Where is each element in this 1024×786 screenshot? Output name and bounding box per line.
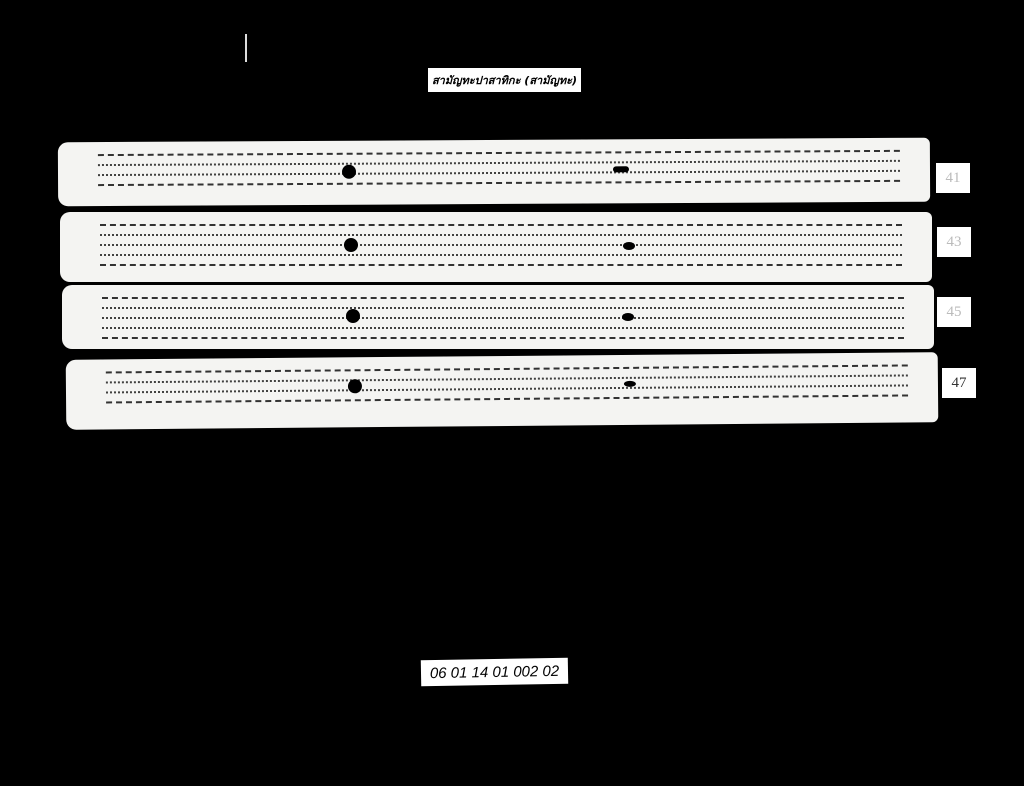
palm-leaf-4 xyxy=(66,352,939,430)
scan-artifact-streak xyxy=(245,34,247,62)
binding-hole-right xyxy=(613,166,629,172)
binding-hole-left xyxy=(348,379,362,393)
palm-leaf-3 xyxy=(62,285,934,349)
manuscript-title-label: สามัญทะปาสาทิกะ (สามัญทะ) xyxy=(428,68,581,92)
binding-hole-left xyxy=(346,309,360,323)
leaf-script-text xyxy=(106,358,908,423)
page-number-tag: 41 xyxy=(936,163,970,193)
page-number-tag: 47 xyxy=(942,368,976,398)
leaf-script-text xyxy=(102,291,904,343)
palm-leaf-2 xyxy=(60,212,932,282)
page-number-tag: 43 xyxy=(937,227,971,257)
binding-hole-right xyxy=(623,242,635,250)
page-number-tag: 45 xyxy=(937,297,971,327)
archive-code-label: 06 01 14 01 002 02 xyxy=(421,658,568,687)
palm-leaf-1 xyxy=(58,138,930,207)
binding-hole-left xyxy=(342,165,356,179)
leaf-script-text xyxy=(98,144,900,200)
binding-hole-right xyxy=(622,313,634,321)
binding-hole-left xyxy=(344,238,358,252)
leaf-script-text xyxy=(100,218,902,276)
